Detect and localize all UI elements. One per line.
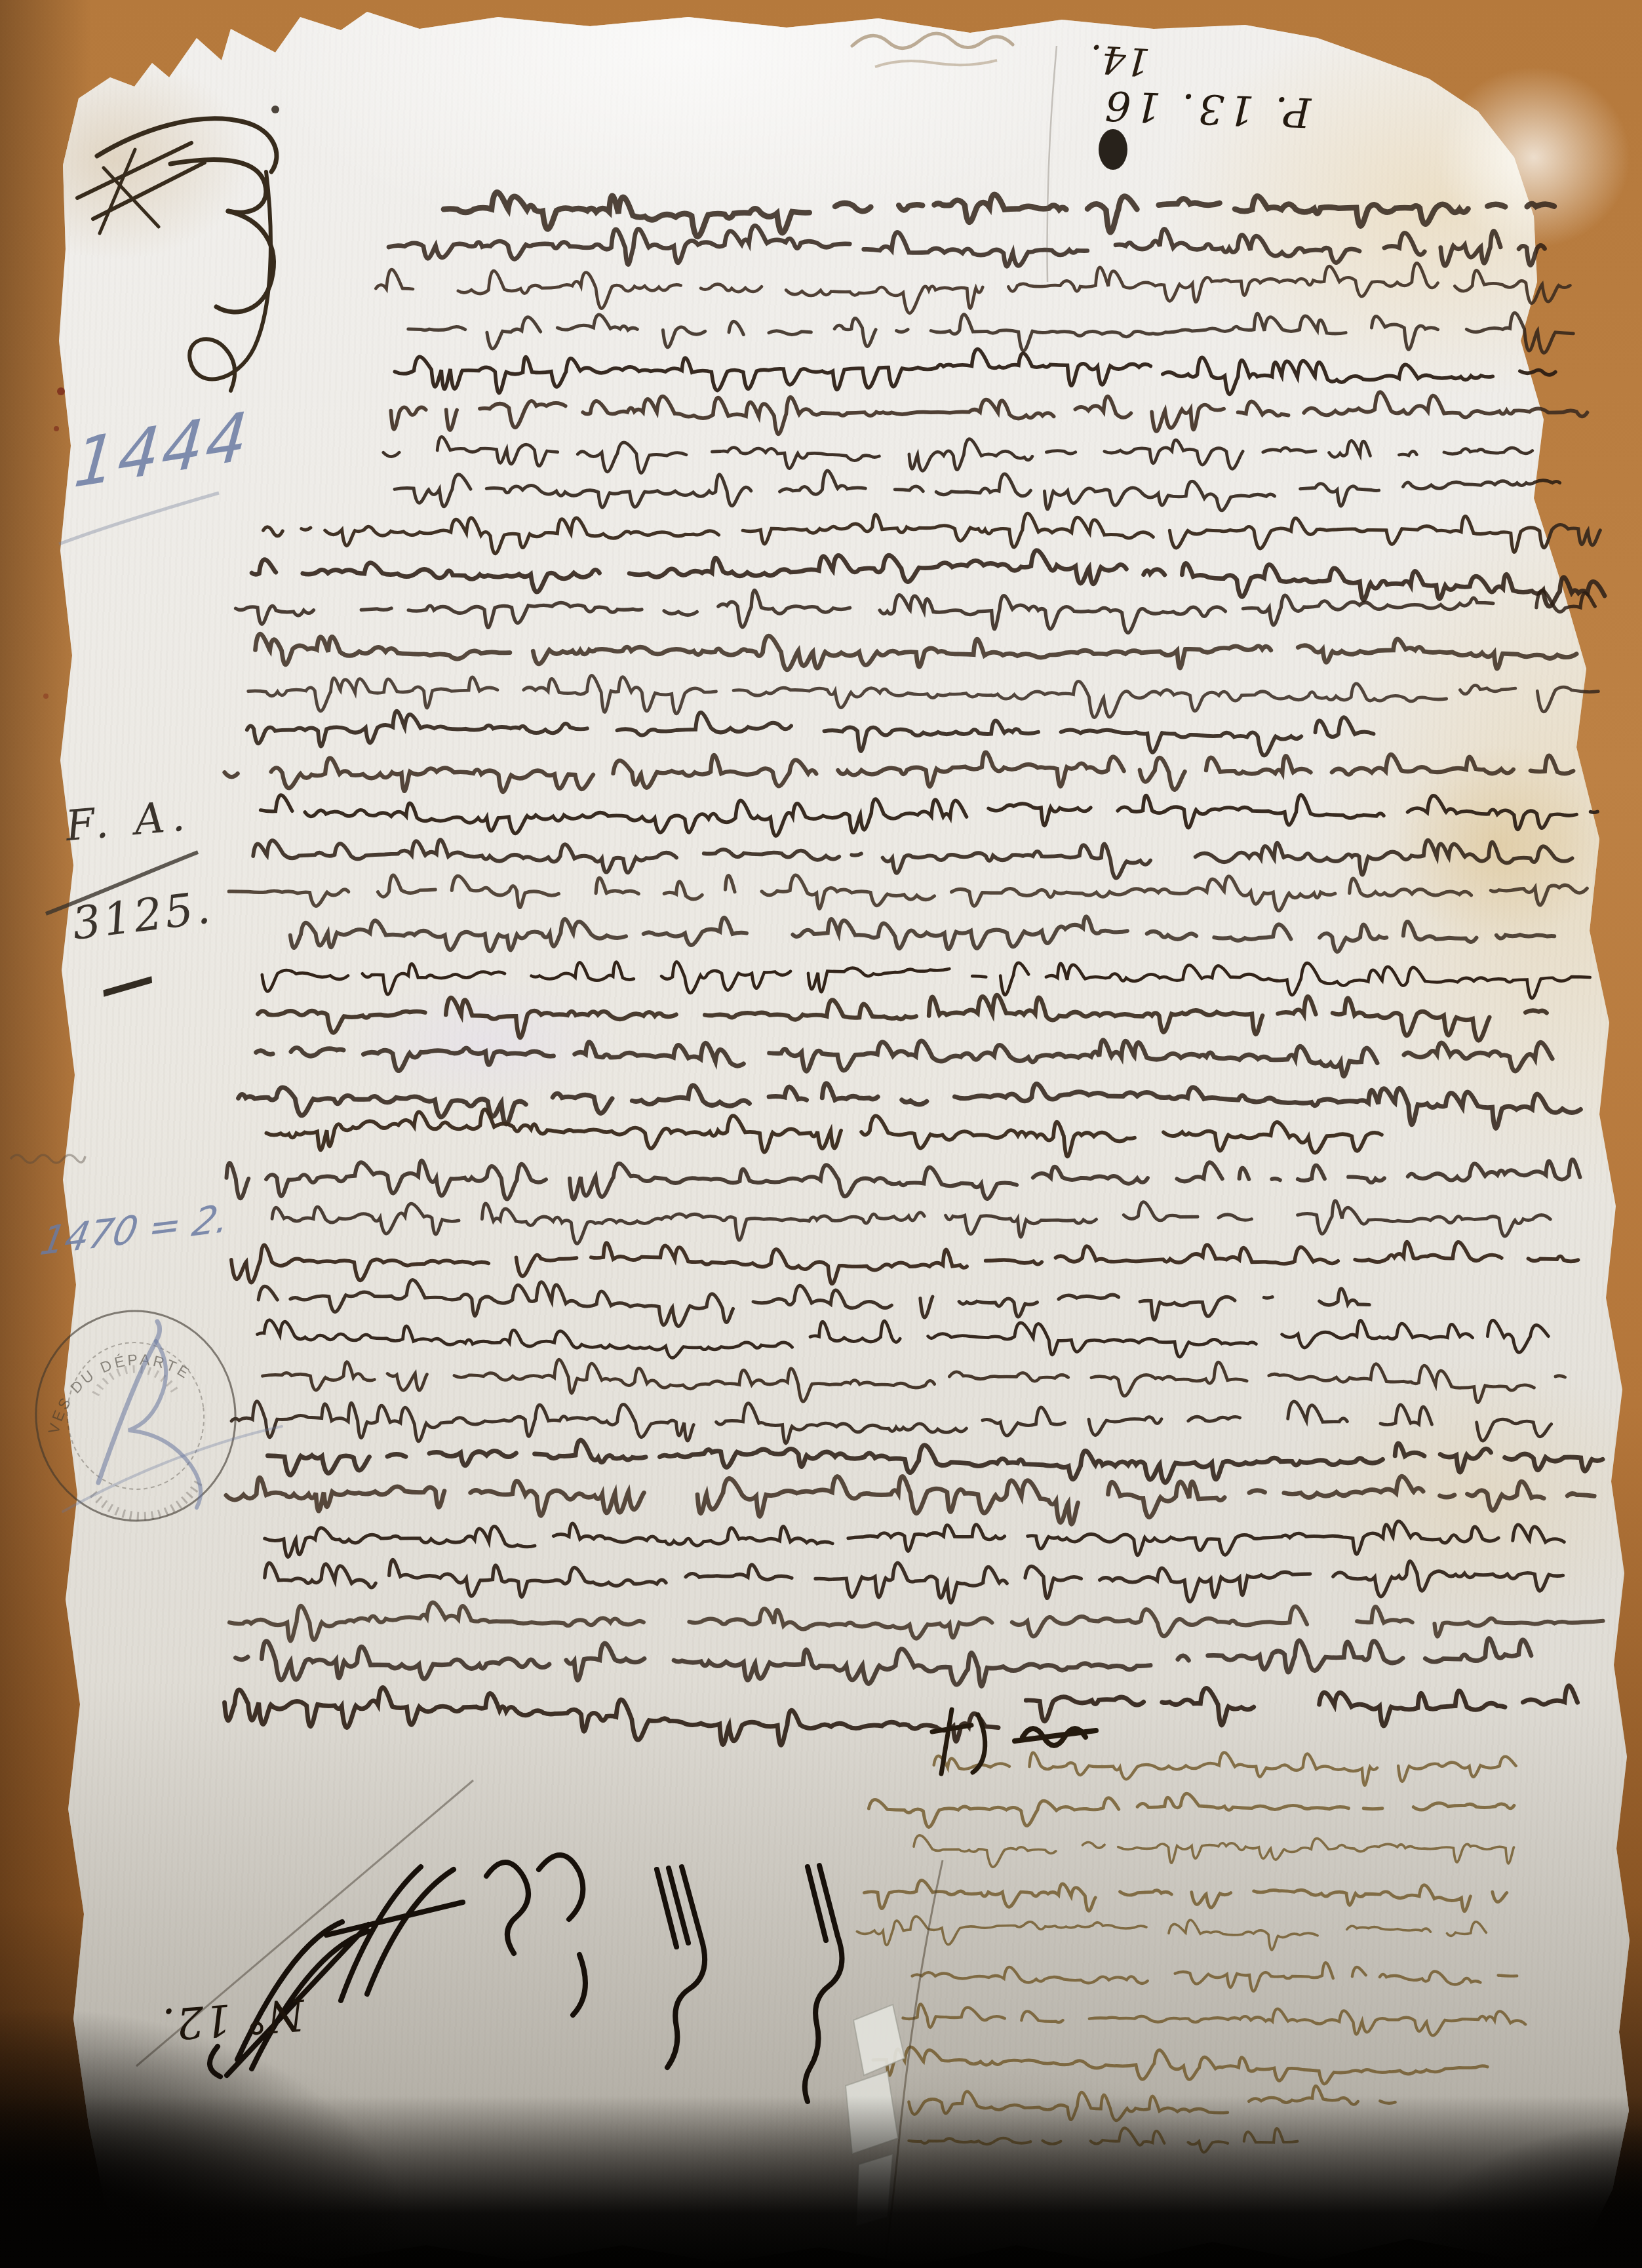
script-line — [934, 1753, 1516, 1786]
script-line — [236, 590, 1595, 633]
script-line — [903, 2004, 1526, 2035]
script-line — [912, 1963, 1517, 1991]
notarial-signatures — [210, 1855, 842, 2102]
script-line — [290, 916, 1554, 952]
script-line — [258, 995, 1546, 1040]
repair-tape — [846, 2004, 905, 2226]
script-line — [444, 192, 1554, 237]
annotation-folio-large: P. 13. 16 — [1101, 81, 1312, 136]
script-line — [263, 1359, 1565, 1402]
faint-marginal-word — [10, 1155, 85, 1163]
script-line — [229, 1603, 1603, 1641]
script-line — [909, 2086, 1396, 2121]
red-spot — [43, 694, 49, 699]
blue-paraph — [63, 1321, 282, 1512]
ink-blot — [1099, 129, 1127, 170]
script-line — [864, 1881, 1506, 1911]
script-line — [253, 840, 1572, 878]
signature-paraph — [486, 1855, 585, 2015]
faded-scribble — [875, 60, 997, 67]
script-line — [256, 634, 1603, 670]
script-line — [225, 753, 1574, 792]
script-line — [231, 1242, 1578, 1284]
script-line — [383, 437, 1559, 473]
script-line — [389, 225, 1559, 266]
ink-dot — [271, 106, 279, 113]
red-spot — [54, 426, 59, 431]
archive-stamp: VES DU DÉPARTE — [24, 1300, 248, 1533]
script-line — [225, 1686, 1578, 1746]
script-line — [376, 263, 1570, 313]
script-line — [266, 1109, 1381, 1156]
annotation-doc-number: N° 12. — [161, 1989, 307, 2050]
faded-scribble — [852, 33, 1013, 49]
signature-paraph — [657, 1867, 705, 2067]
script-line — [256, 1040, 1553, 1076]
script-line — [869, 1793, 1514, 1827]
script-line — [914, 1835, 1514, 1867]
script-line — [265, 1521, 1564, 1557]
ink-layer: VES DU DÉPARTE — [0, 0, 1642, 2268]
crease-line — [1047, 46, 1057, 282]
script-line — [395, 349, 1555, 395]
script-line — [873, 2047, 1487, 2084]
script-line — [231, 1401, 1551, 1443]
body-text-lines — [225, 192, 1605, 1745]
script-line — [391, 392, 1587, 434]
script-line — [239, 1084, 1581, 1129]
opening-initial — [77, 119, 277, 391]
addendum-text-lines — [857, 1753, 1525, 2153]
script-line — [227, 1160, 1580, 1200]
script-line — [236, 1639, 1546, 1687]
script-line — [261, 795, 1598, 836]
script-line — [262, 962, 1590, 998]
manuscript-photo: VES DU DÉPARTE 1444 F. A. 3125. — 1470 =… — [0, 0, 1642, 2268]
annotation-folio-small: 14. — [1088, 36, 1152, 85]
script-line — [909, 2128, 1297, 2152]
script-line — [226, 1476, 1594, 1524]
script-line — [408, 313, 1573, 353]
script-line — [248, 675, 1599, 717]
script-line — [857, 1917, 1519, 1950]
script-line — [258, 1280, 1369, 1327]
script-line — [229, 875, 1587, 910]
script-line — [395, 471, 1560, 511]
signature-paraph — [805, 1866, 842, 2102]
script-line — [265, 1560, 1563, 1603]
script-line — [264, 513, 1601, 553]
red-spot — [57, 387, 65, 395]
script-line — [247, 711, 1374, 756]
script-line — [272, 1201, 1550, 1244]
script-line — [258, 1320, 1549, 1358]
